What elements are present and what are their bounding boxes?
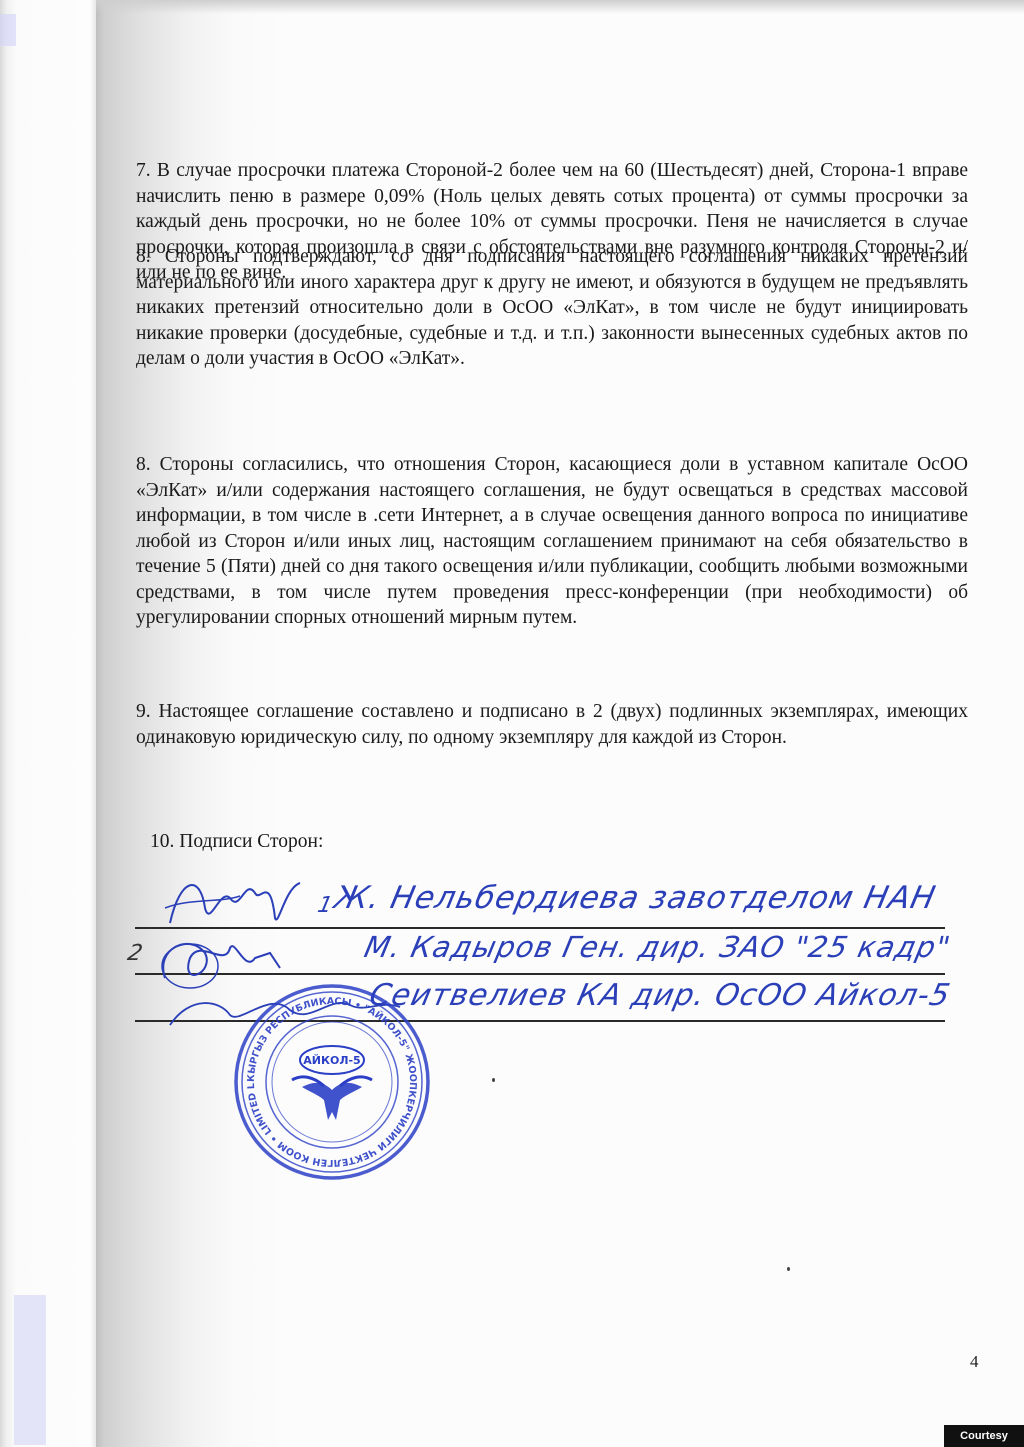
clause-10-signatures-heading: 10. Подписи Сторон: (150, 829, 323, 855)
page-number: 4 (970, 1352, 979, 1372)
signature-text-2: М. Кадыров Ген. дир. ЗАО "25 кадр" (361, 930, 954, 964)
signature-text-3: Сеитвелиев КА дир. ОсОО Айкол-5 (366, 978, 953, 1013)
scan-speck (492, 1078, 495, 1082)
seal-ring-text: КЫРГЫЗ РЕСПУБЛИКАСЫ • "АЙКОЛ-5" ЖООПКЕРЧ… (232, 982, 418, 1168)
page-top-shadow (96, 0, 1024, 14)
courtesy-image-badge: Courtesy Image (944, 1425, 1024, 1447)
seal-center-text: АЙКОЛ-5 (303, 1054, 360, 1067)
signature-text-1: Ж. Нельбердиева завотделом НАН (331, 880, 939, 916)
clause-9-copies: 9. Настоящее соглашение составлено и под… (136, 699, 968, 750)
clause-8-no-claims: 8. Стороны подтверждают, со дня подписан… (136, 244, 968, 372)
scan-speck (787, 1267, 790, 1271)
svg-text:КЫРГЫЗ РЕСПУБЛИКАСЫ • "АЙКОЛ-5: КЫРГЫЗ РЕСПУБЛИКАСЫ • "АЙКОЛ-5" ЖООПКЕРЧ… (232, 982, 418, 1168)
company-seal-stamp: КЫРГЫЗ РЕСПУБЛИКАСЫ • "АЙКОЛ-5" ЖООПКЕРЧ… (232, 982, 432, 1182)
eagle-emblem-icon (302, 1083, 362, 1120)
clause-8-media: 8. Стороны согласились, что отношения Ст… (136, 452, 968, 631)
scanner-edge-strip (0, 0, 96, 1447)
scan-artifact (14, 1295, 46, 1445)
scan-artifact (0, 14, 16, 46)
